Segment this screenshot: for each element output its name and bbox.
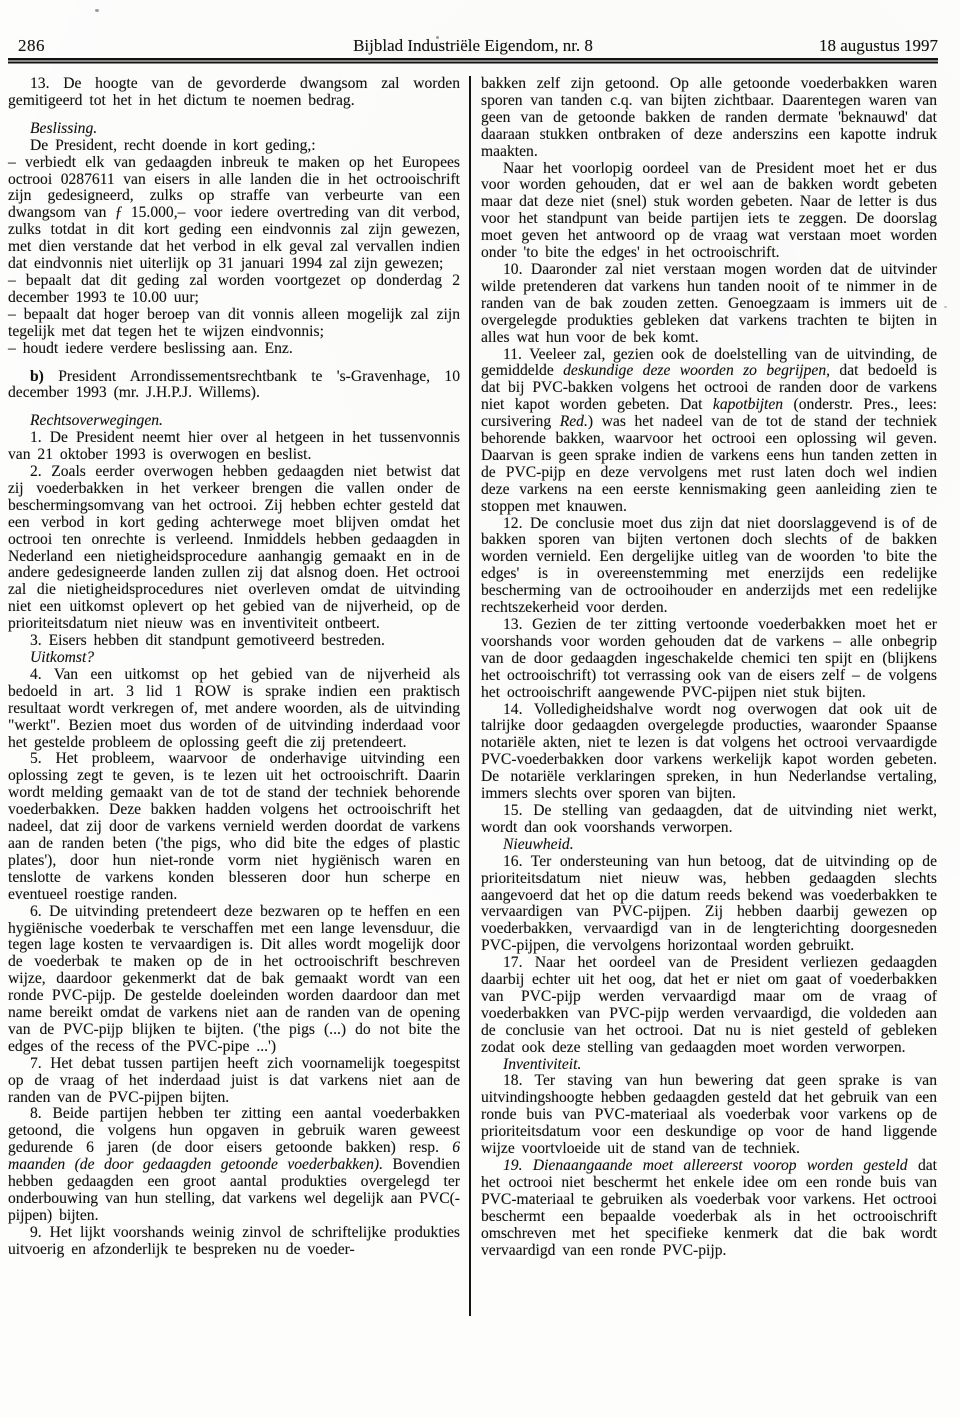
- paragraph: De President, recht doende in kort gedin…: [8, 138, 460, 155]
- paragraph: 16. Ter ondersteuning van hun betoog, da…: [481, 854, 937, 955]
- paragraph: 4. Van een uitkomst op het gebied van de…: [8, 667, 460, 752]
- paragraph: 13. Gezien de ter zitting vertoonde voed…: [481, 617, 937, 702]
- paragraph: 12. De conclusie moet dus zijn dat niet …: [481, 516, 937, 617]
- body-text: 18. Ter staving van hun bewering dat gee…: [481, 1072, 937, 1157]
- paragraph: – bepaalt dat dit geding zal worden voor…: [8, 273, 460, 307]
- paragraph: 2. Zoals eerder overwogen hebben gedaagd…: [8, 464, 460, 633]
- body-text: 4. Van een uitkomst op het gebied van de…: [8, 666, 460, 751]
- emphasis-text: Uitkomst?: [30, 649, 94, 666]
- body-text: 15. De stelling van gedaagden, dat de ui…: [481, 802, 937, 836]
- paragraph: Inventiviteit.: [481, 1057, 937, 1074]
- body-text: 13. De hoogte van de gevorderde dwangsom…: [8, 75, 460, 109]
- paragraph: Uitkomst?: [8, 650, 460, 667]
- body-text: 5. Het probleem, waarvoor de onderhavige…: [8, 750, 460, 902]
- body-text: 10. Daaronder zal niet verstaan mogen wo…: [481, 261, 937, 346]
- body-text: 8. Beide partijen hebben ter zitting een…: [8, 1105, 460, 1156]
- paragraph: 8. Beide partijen hebben ter zitting een…: [8, 1106, 460, 1224]
- scan-artifact: [436, 36, 439, 39]
- paragraph: 18. Ter staving van hun bewering dat gee…: [481, 1073, 937, 1158]
- body-text: – houdt iedere verdere beslissing aan. E…: [8, 340, 293, 357]
- paragraph: – houdt iedere verdere beslissing aan. E…: [8, 341, 460, 358]
- body-text: 17. Naar het oordeel van de President ve…: [481, 954, 937, 1056]
- emphasis-text: Nieuwheid.: [503, 836, 574, 853]
- body-text: 2. Zoals eerder overwogen hebben gedaagd…: [8, 463, 460, 632]
- bold-text: b): [30, 368, 44, 385]
- paragraph: bakken zelf zijn getoond. Op alle getoon…: [481, 76, 937, 161]
- body-text: 6. De uitvinding pretendeert deze bezwar…: [8, 903, 460, 1055]
- body-text: 13. Gezien de ter zitting vertoonde voed…: [481, 616, 937, 701]
- header-rule: [8, 58, 938, 64]
- journal-title: Bijblad Industriële Eigendom, nr. 8: [8, 36, 938, 56]
- paragraph: 14. Volledigheidshalve wordt nog overwog…: [481, 702, 937, 803]
- emphasis-text: Inventiviteit.: [503, 1056, 581, 1073]
- emphasis-text: Beslissing.: [30, 120, 97, 137]
- body-text: – bepaalt dat dit geding zal worden voor…: [8, 272, 460, 306]
- paragraph: 19. Dienaangaande moet allereerst voorop…: [481, 1158, 937, 1259]
- paragraph: 3. Eisers hebben dit standpunt gemotivee…: [8, 633, 460, 650]
- paragraph: Naar het voorlopig oordeel van de Presid…: [481, 161, 937, 262]
- scanned-document-page: 286 Bijblad Industriële Eigendom, nr. 8 …: [0, 0, 960, 1418]
- paragraph: 17. Naar het oordeel van de President ve…: [481, 955, 937, 1056]
- paragraph: – bepaalt dat hoger beroep van dit vonni…: [8, 307, 460, 341]
- body-text: President Arrondissementsrechtbank te 's…: [8, 368, 460, 402]
- scan-artifact: [95, 9, 99, 12]
- body-text: De President, recht doende in kort gedin…: [30, 137, 316, 154]
- body-text: 14. Volledigheidshalve wordt nog overwog…: [481, 701, 937, 803]
- paragraph: 15. De stelling van gedaagden, dat de ui…: [481, 803, 937, 837]
- emphasis-text: ƒ: [115, 204, 123, 221]
- body-text: 9. Het lijkt voorshands weinig zinvol de…: [8, 1224, 460, 1258]
- text-columns: 13. De hoogte van de gevorderde dwangsom…: [8, 76, 940, 1316]
- body-text: 3. Eisers hebben dit standpunt gemotivee…: [30, 632, 385, 649]
- paragraph: 13. De hoogte van de gevorderde dwangsom…: [8, 76, 460, 110]
- paragraph: 7. Het debat tussen partijen heeft zich …: [8, 1056, 460, 1107]
- left-column: 13. De hoogte van de gevorderde dwangsom…: [8, 76, 460, 1259]
- scan-artifact: [944, 306, 947, 308]
- emphasis-text: Red.: [560, 413, 588, 430]
- column-divider: [469, 76, 471, 1316]
- paragraph: 9. Het lijkt voorshands weinig zinvol de…: [8, 1225, 460, 1259]
- paragraph: Beslissing.: [8, 121, 460, 138]
- emphasis-text: deskundige deze woorden zo begrijpen,: [563, 362, 830, 379]
- body-text: 7. Het debat tussen partijen heeft zich …: [8, 1055, 460, 1106]
- body-text: Naar het voorlopig oordeel van de Presid…: [481, 160, 937, 262]
- paragraph: 1. De President neemt hier over al hetge…: [8, 430, 460, 464]
- paragraph: Rechtsoverwegingen.: [8, 413, 460, 430]
- emphasis-text: kapotbijten: [713, 396, 783, 413]
- paragraph: – verbiedt elk van gedaagden inbreuk te …: [8, 155, 460, 273]
- body-text: 12. De conclusie moet dus zijn dat niet …: [481, 515, 937, 617]
- emphasis-text: Rechtsoverwegingen.: [30, 412, 163, 429]
- body-text: – bepaalt dat hoger beroep van dit vonni…: [8, 306, 460, 340]
- body-text: bakken zelf zijn getoond. Op alle getoon…: [481, 75, 937, 160]
- paragraph: 10. Daaronder zal niet verstaan mogen wo…: [481, 262, 937, 347]
- body-text: 16. Ter ondersteuning van hun betoog, da…: [481, 853, 937, 955]
- paragraph: 5. Het probleem, waarvoor de onderhavige…: [8, 751, 460, 903]
- emphasis-text: 19. Dienaangaande moet allereerst voorop…: [503, 1157, 908, 1174]
- right-column: bakken zelf zijn getoond. Op alle getoon…: [481, 76, 937, 1259]
- issue-date: 18 augustus 1997: [819, 36, 938, 56]
- paragraph: Nieuwheid.: [481, 837, 937, 854]
- body-text: 1. De President neemt hier over al hetge…: [8, 429, 460, 463]
- page-header: 286 Bijblad Industriële Eigendom, nr. 8 …: [8, 36, 938, 58]
- paragraph: 6. De uitvinding pretendeert deze bezwar…: [8, 904, 460, 1056]
- paragraph: b) President Arrondissementsrechtbank te…: [8, 369, 460, 403]
- paragraph: 11. Veeleer zal, gezien ook de doelstell…: [481, 347, 937, 516]
